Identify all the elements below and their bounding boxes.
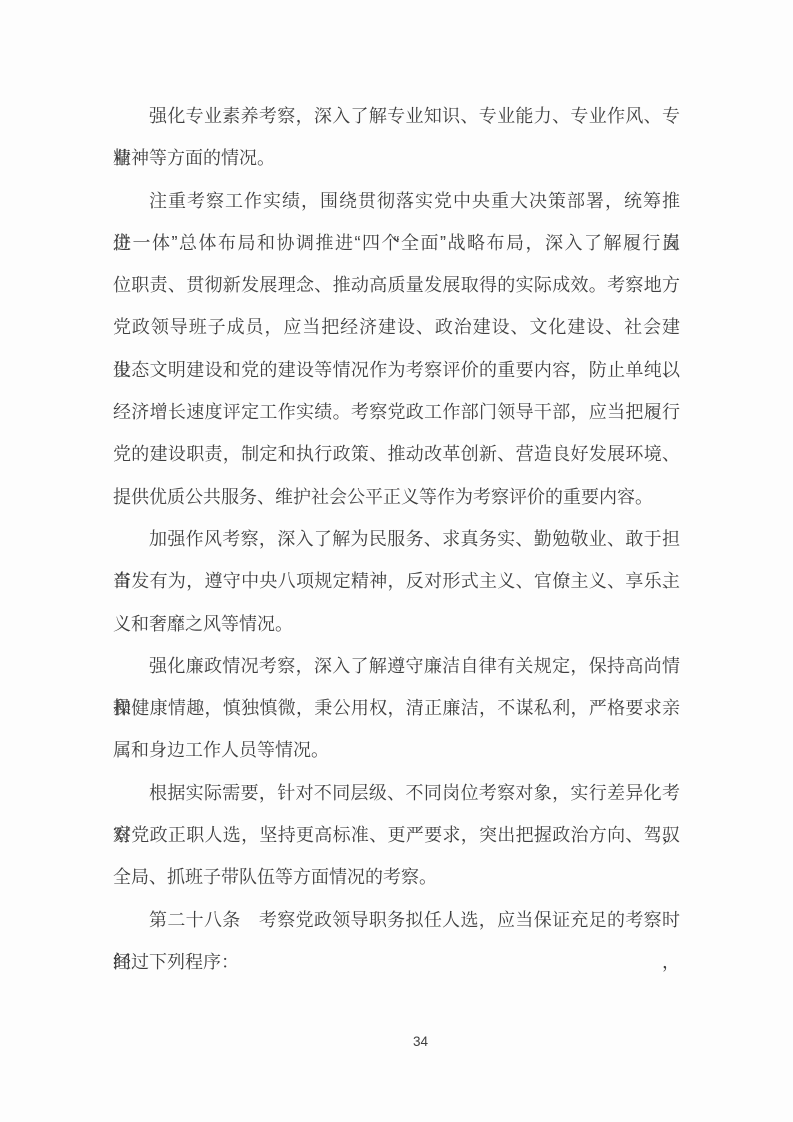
paragraph: 第二十八条 考察党政领导职务拟任人选，应当保证充足的考察时间，经过下列程序：: [113, 899, 680, 984]
text-line: 对党政正职人选，坚持更高标准、更严要求，突出把握政治方向、驾驭: [113, 814, 680, 856]
text-line: 位职责、贯彻新发展理念、推动高质量发展取得的实际成效。考察地方: [113, 264, 680, 306]
paragraph: 注重考察工作实绩，围绕贯彻落实党中央重大决策部署，统筹推进“五位一体”总体布局和…: [113, 180, 680, 518]
document-page: 强化专业素养考察，深入了解专业知识、专业能力、专业作风、专业精神等方面的情况。注…: [0, 0, 793, 1122]
text-line: 和健康情趣，慎独慎微，秉公用权，清正廉洁，不谋私利，严格要求亲: [113, 687, 680, 729]
text-line: 加强作风考察，深入了解为民服务、求真务实、勤勉敬业、敢于担当、: [113, 518, 680, 560]
text-line: 党政领导班子成员，应当把经济建设、政治建设、文化建设、社会建设、: [113, 306, 680, 348]
text-line: 根据实际需要，针对不同层级、不同岗位考察对象，实行差异化考察，: [113, 772, 680, 814]
text-line: 第二十八条 考察党政领导职务拟任人选，应当保证充足的考察时间，: [113, 899, 680, 941]
document-body: 强化专业素养考察，深入了解专业知识、专业能力、专业作风、专业精神等方面的情况。注…: [113, 95, 680, 983]
text-line: 全局、抓班子带队伍等方面情况的考察。: [113, 856, 680, 898]
paragraph: 加强作风考察，深入了解为民服务、求真务实、勤勉敬业、敢于担当、奋发有为，遵守中央…: [113, 518, 680, 645]
text-line: 党的建设职责，制定和执行政策、推动改革创新、营造良好发展环境、: [113, 433, 680, 475]
paragraph: 根据实际需要，针对不同层级、不同岗位考察对象，实行差异化考察，对党政正职人选，坚…: [113, 772, 680, 899]
text-line: 属和身边工作人员等情况。: [113, 729, 680, 771]
text-line: 位一体”总体布局和协调推进“四个全面”战略布局，深入了解履行岗: [113, 222, 680, 264]
text-line: 生态文明建设和党的建设等情况作为考察评价的重要内容，防止单纯以: [113, 349, 680, 391]
text-line: 精神等方面的情况。: [113, 137, 680, 179]
text-line: 奋发有为，遵守中央八项规定精神，反对形式主义、官僚主义、享乐主: [113, 560, 680, 602]
paragraph: 强化廉政情况考察，深入了解遵守廉洁自律有关规定，保持高尚情操和健康情趣，慎独慎微…: [113, 645, 680, 772]
text-line: 义和奢靡之风等情况。: [113, 603, 680, 645]
text-line: 强化廉政情况考察，深入了解遵守廉洁自律有关规定，保持高尚情操: [113, 645, 680, 687]
page-footer: 34: [0, 1033, 793, 1051]
text-line: 提供优质公共服务、维护社会公平正义等作为考察评价的重要内容。: [113, 476, 680, 518]
text-line: 注重考察工作实绩，围绕贯彻落实党中央重大决策部署，统筹推进“五: [113, 180, 680, 222]
text-line: 强化专业素养考察，深入了解专业知识、专业能力、专业作风、专业: [113, 95, 680, 137]
page-number: 34: [413, 1034, 428, 1049]
paragraph: 强化专业素养考察，深入了解专业知识、专业能力、专业作风、专业精神等方面的情况。: [113, 95, 680, 180]
text-line: 经济增长速度评定工作实绩。考察党政工作部门领导干部，应当把履行: [113, 391, 680, 433]
